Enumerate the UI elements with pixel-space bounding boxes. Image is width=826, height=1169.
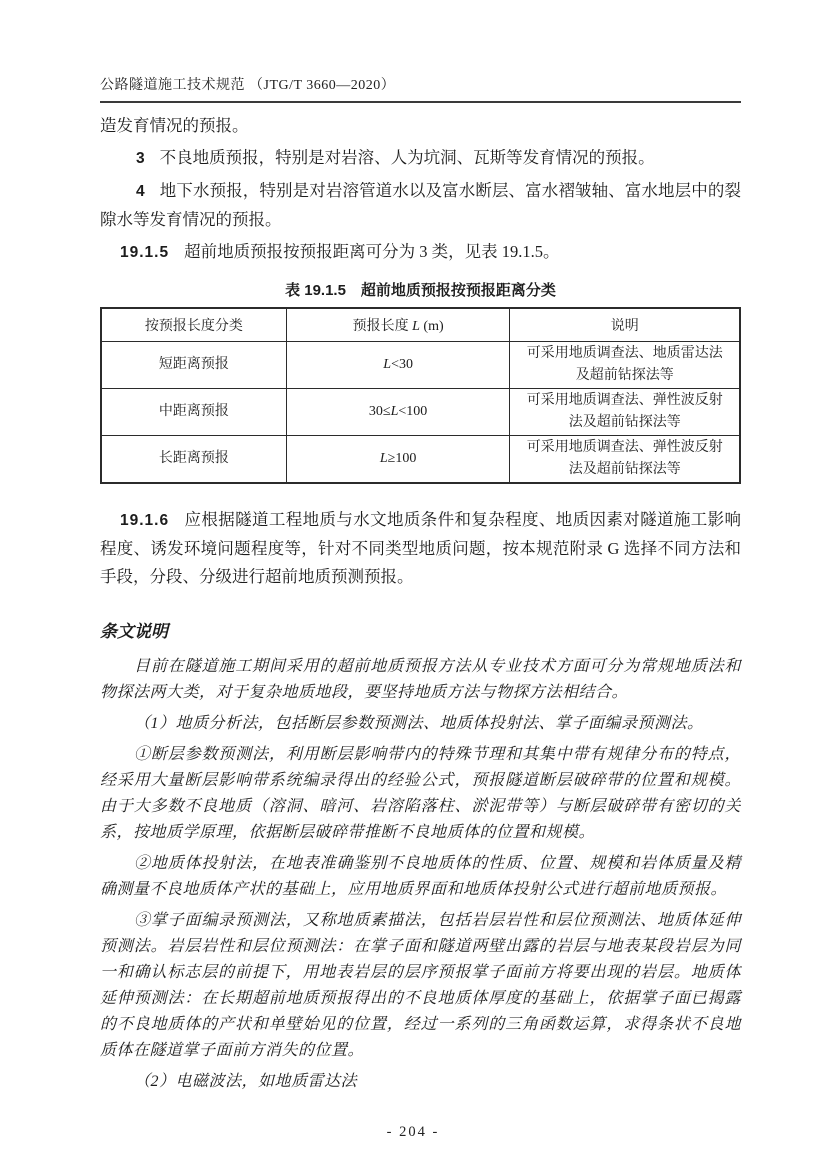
commentary-paragraph: （1）地质分析法，包括断层参数预测法、地质体投射法、掌子面编录预测法。 xyxy=(100,711,741,737)
commentary-paragraph: ②地质体投射法，在地表准确鉴别不良地质体的性质、位置、规模和岩体质量及精确测量不… xyxy=(100,851,741,903)
page-header: 公路隧道施工技术规范 （JTG/T 3660—2020） xyxy=(100,74,741,103)
commentary-section: 目前在隧道施工期间采用的超前地质预报方法从专业技术方面可分为常规地质法和物探法两… xyxy=(100,654,741,1095)
forecast-distance-table: 按预报长度分类预报长度 L (m)说明 短距离预报L<30可采用地质调查法、地质… xyxy=(100,307,741,484)
commentary-paragraph: ①断层参数预测法，利用断层影响带内的特殊节理和其集中带有规律分布的特点，经采用大… xyxy=(100,742,741,846)
commentary-paragraph: 目前在隧道施工期间采用的超前地质预报方法从专业技术方面可分为常规地质法和物探法两… xyxy=(100,654,741,706)
table-header-cell: 预报长度 L (m) xyxy=(286,308,510,342)
table-cell: 长距离预报 xyxy=(101,436,286,484)
table-body: 短距离预报L<30可采用地质调查法、地质雷达法及超前钻探法等中距离预报30≤L<… xyxy=(101,342,740,484)
clause-text: 应根据隧道工程地质与水文地质条件和复杂程度、地质因素对隧道施工影响程度、诱发环境… xyxy=(100,510,741,586)
table-header-row: 按预报长度分类预报长度 L (m)说明 xyxy=(101,308,740,342)
table-row: 长距离预报L≥100可采用地质调查法、弹性波反射法及超前钻探法等 xyxy=(101,436,740,484)
item-text: 不良地质预报，特别是对岩溶、人为坑洞、瓦斯等发育情况的预报。 xyxy=(160,148,655,167)
table-row: 短距离预报L<30可采用地质调查法、地质雷达法及超前钻探法等 xyxy=(101,342,740,389)
table-header-cell: 说明 xyxy=(510,308,740,342)
document-page: 公路隧道施工技术规范 （JTG/T 3660—2020） 造发育情况的预报。 3… xyxy=(0,0,826,1169)
table-cell: L<30 xyxy=(286,342,510,389)
clause-19-1-6: 19.1.6应根据隧道工程地质与水文地质条件和复杂程度、地质因素对隧道施工影响程… xyxy=(100,506,741,591)
table-cell: 短距离预报 xyxy=(101,342,286,389)
table-header-cell: 按预报长度分类 xyxy=(101,308,286,342)
table-cell: 30≤L<100 xyxy=(286,389,510,436)
commentary-paragraph: ③掌子面编录预测法，又称地质素描法，包括岩层岩性和层位预测法、地质体延伸预测法。… xyxy=(100,908,741,1064)
table-cell: 可采用地质调查法、弹性波反射法及超前钻探法等 xyxy=(510,389,740,436)
clause-text: 超前地质预报按预报距离可分为 3 类，见表 19.1.5。 xyxy=(184,242,559,261)
running-title: 公路隧道施工技术规范 （JTG/T 3660—2020） xyxy=(100,78,395,93)
table-row: 中距离预报30≤L<100可采用地质调查法、弹性波反射法及超前钻探法等 xyxy=(101,389,740,436)
table-cell: 中距离预报 xyxy=(101,389,286,436)
table-cell: 可采用地质调查法、弹性波反射法及超前钻探法等 xyxy=(510,436,740,484)
table-title: 表 19.1.5 超前地质预报按预报距离分类 xyxy=(100,281,741,301)
item-number: 3 xyxy=(136,150,145,167)
item-number: 4 xyxy=(136,183,145,200)
commentary-paragraph: （2）电磁波法，如地质雷达法 xyxy=(100,1069,741,1095)
commentary-heading: 条文说明 xyxy=(100,617,741,642)
clause-19-1-5: 19.1.5超前地质预报按预报距离可分为 3 类，见表 19.1.5。 xyxy=(100,238,741,267)
table-cell: 可采用地质调查法、地质雷达法及超前钻探法等 xyxy=(510,342,740,389)
clause-number: 19.1.6 xyxy=(120,512,169,529)
item-text: 地下水预报，特别是对岩溶管道水以及富水断层、富水褶皱轴、富水地层中的裂隙水等发育… xyxy=(100,181,741,229)
numbered-item-3: 3不良地质预报，特别是对岩溶、人为坑洞、瓦斯等发育情况的预报。 xyxy=(100,144,741,173)
numbered-item-4: 4地下水预报，特别是对岩溶管道水以及富水断层、富水褶皱轴、富水地层中的裂隙水等发… xyxy=(100,177,741,234)
clause-number: 19.1.5 xyxy=(120,244,169,261)
table-cell: L≥100 xyxy=(286,436,510,484)
page-content: 造发育情况的预报。 3不良地质预报，特别是对岩溶、人为坑洞、瓦斯等发育情况的预报… xyxy=(100,112,741,1095)
page-number: - 204 - xyxy=(0,1124,826,1141)
paragraph-continuation: 造发育情况的预报。 xyxy=(100,112,741,140)
